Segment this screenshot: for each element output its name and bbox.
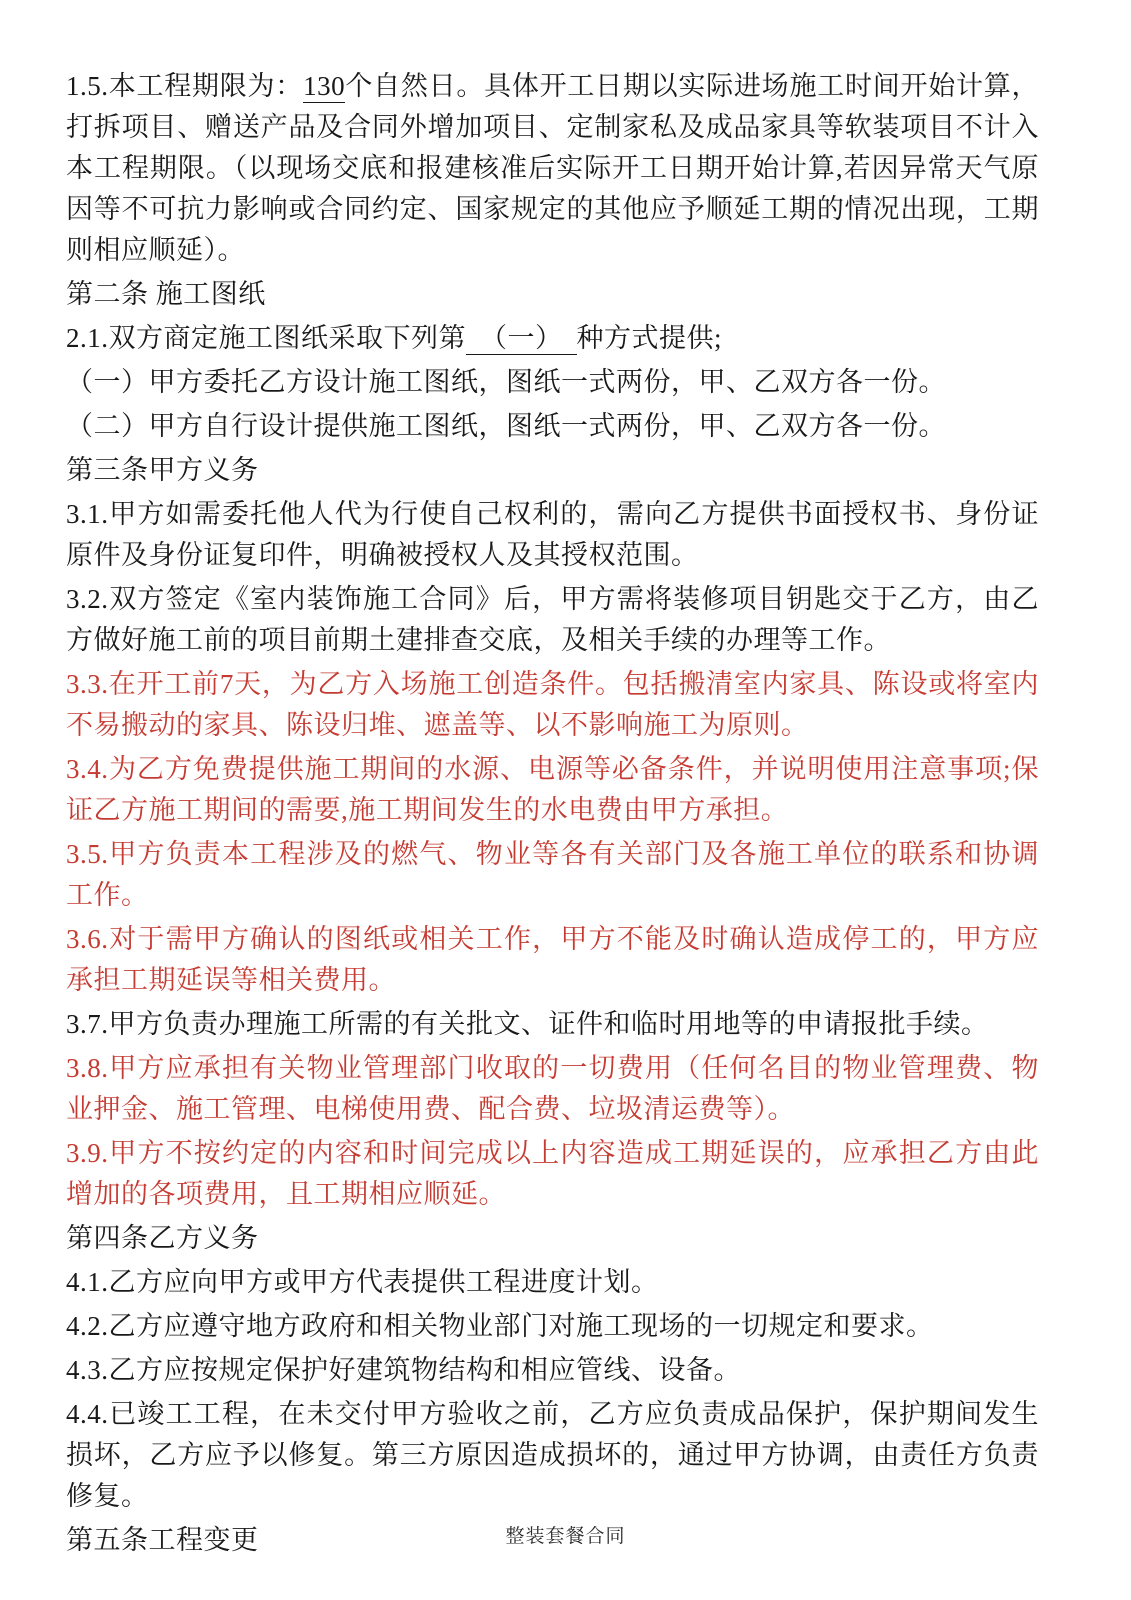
text-run: 3.3.在开工前7天，为乙方入场施工创造条件。包括搬清室内家具、陈设或将室内不易… [66,669,1039,740]
clause-3-7: 3.7.甲方负责办理施工所需的有关批文、证件和临时用地等的申请报批手续。 [66,1004,1039,1045]
heading-article-4: 第四条乙方义务 [66,1218,1039,1259]
clause-4-4: 4.4.已竣工工程，在未交付甲方验收之前，乙方应负责成品保护，保护期间发生损坏，… [66,1394,1039,1517]
underlined-text: 130 [303,71,345,103]
clause-3-1: 3.1.甲方如需委托他人代为行使自己权利的，需向乙方提供书面授权书、身份证原件及… [66,494,1039,576]
text-run: 3.2.双方签定《室内装饰施工合同》后，甲方需将装修项目钥匙交于乙方，由乙方做好… [66,584,1039,655]
clause-3-4: 3.4.为乙方免费提供施工期间的水源、电源等必备条件，并说明使用注意事项;保证乙… [66,749,1039,831]
clause-3-9: 3.9.甲方不按约定的内容和时间完成以上内容造成工期延误的，应承担乙方由此增加的… [66,1133,1039,1215]
page-footer: 整装套餐合同 [0,1521,1131,1548]
text-run: 3.7.甲方负责办理施工所需的有关批文、证件和临时用地等的申请报批手续。 [66,1009,989,1039]
text-run: 4.2.乙方应遵守地方政府和相关物业部门对施工现场的一切规定和要求。 [66,1311,934,1341]
contract-page: 1.5.本工程期限为：130个自然日。具体开工日期以实际进场施工时间开始计算，打… [0,0,1131,1600]
text-run: 4.4.已竣工工程，在未交付甲方验收之前，乙方应负责成品保护，保护期间发生损坏，… [66,1399,1039,1511]
text-run: 3.1.甲方如需委托他人代为行使自己权利的，需向乙方提供书面授权书、身份证原件及… [66,499,1039,570]
text-run: 3.9.甲方不按约定的内容和时间完成以上内容造成工期延误的，应承担乙方由此增加的… [66,1138,1039,1209]
text-run: 种方式提供; [577,323,723,353]
text-run: 1.5.本工程期限为： [66,71,303,101]
document-body: 1.5.本工程期限为：130个自然日。具体开工日期以实际进场施工时间开始计算，打… [66,66,1039,1564]
clause-4-1: 4.1.乙方应向甲方或甲方代表提供工程进度计划。 [66,1262,1039,1303]
clause-1-5: 1.5.本工程期限为：130个自然日。具体开工日期以实际进场施工时间开始计算，打… [66,66,1039,271]
underlined-text: （一） [466,323,577,355]
text-run: （一）甲方委托乙方设计施工图纸，图纸一式两份，甲、乙双方各一份。 [66,367,946,397]
clause-4-3: 4.3.乙方应按规定保护好建筑物结构和相应管线、设备。 [66,1350,1039,1391]
text-run: 第三条甲方义务 [66,455,259,485]
text-run: 3.6.对于需甲方确认的图纸或相关工作，甲方不能及时确认造成停工的，甲方应承担工… [66,924,1039,995]
clause-2-1-option-1: （一）甲方委托乙方设计施工图纸，图纸一式两份，甲、乙双方各一份。 [66,362,1039,403]
text-run: 第四条乙方义务 [66,1223,259,1253]
text-run: 3.5.甲方负责本工程涉及的燃气、物业等各有关部门及各施工单位的联系和协调工作。 [66,839,1039,910]
clause-2-1-option-2: （二）甲方自行设计提供施工图纸，图纸一式两份，甲、乙双方各一份。 [66,406,1039,447]
clause-3-5: 3.5.甲方负责本工程涉及的燃气、物业等各有关部门及各施工单位的联系和协调工作。 [66,834,1039,916]
text-run: （二）甲方自行设计提供施工图纸，图纸一式两份，甲、乙双方各一份。 [66,411,946,441]
text-run: 3.4.为乙方免费提供施工期间的水源、电源等必备条件，并说明使用注意事项;保证乙… [66,754,1039,825]
text-run: 3.8.甲方应承担有关物业管理部门收取的一切费用（任何名目的物业管理费、物业押金… [66,1053,1039,1124]
heading-article-3: 第三条甲方义务 [66,450,1039,491]
clause-3-6: 3.6.对于需甲方确认的图纸或相关工作，甲方不能及时确认造成停工的，甲方应承担工… [66,919,1039,1001]
text-run: 第二条 施工图纸 [66,279,266,309]
clause-3-3: 3.3.在开工前7天，为乙方入场施工创造条件。包括搬清室内家具、陈设或将室内不易… [66,664,1039,746]
clause-3-2: 3.2.双方签定《室内装饰施工合同》后，甲方需将装修项目钥匙交于乙方，由乙方做好… [66,579,1039,661]
text-run: 2.1.双方商定施工图纸采取下列第 [66,323,466,353]
clause-3-8: 3.8.甲方应承担有关物业管理部门收取的一切费用（任何名目的物业管理费、物业押金… [66,1048,1039,1130]
clause-4-2: 4.2.乙方应遵守地方政府和相关物业部门对施工现场的一切规定和要求。 [66,1306,1039,1347]
text-run: 4.3.乙方应按规定保护好建筑物结构和相应管线、设备。 [66,1355,741,1385]
heading-article-2: 第二条 施工图纸 [66,274,1039,315]
text-run: 4.1.乙方应向甲方或甲方代表提供工程进度计划。 [66,1267,659,1297]
clause-2-1: 2.1.双方商定施工图纸采取下列第（一）种方式提供; [66,318,1039,359]
